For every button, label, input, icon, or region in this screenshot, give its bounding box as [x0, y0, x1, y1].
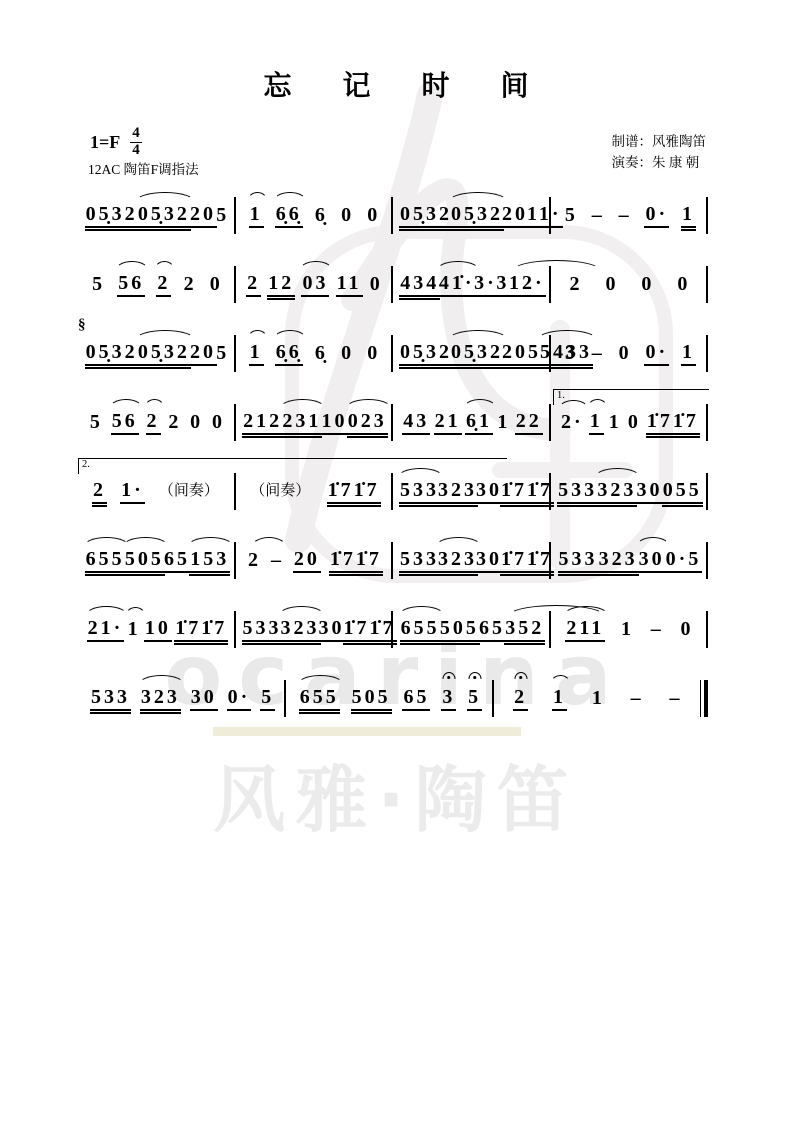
barline [706, 404, 708, 441]
note-group: 1 [552, 686, 567, 711]
watermark-brand-cjk: 风雅·陶笛 [0, 742, 792, 846]
note-group: 323 [437, 479, 478, 504]
note-group: 0 [209, 273, 224, 296]
note-group: 323 [280, 617, 321, 642]
note-group: 5 [91, 273, 106, 296]
note-group: 41̇· [438, 272, 476, 297]
note-group: 20 [293, 548, 321, 573]
volta-bracket: 1. [553, 389, 709, 405]
note-group: 30 [475, 479, 503, 504]
note-group: 1̇71̇7 [174, 617, 228, 642]
measure: （间奏）1̇71̇7 [236, 479, 392, 504]
note-group: 20 [189, 203, 217, 228]
measure: 533323300·5 [551, 548, 707, 573]
note-group: 0 [680, 618, 695, 641]
barline [706, 611, 708, 648]
time-signature-top: 4 [130, 126, 142, 143]
note-group: 505 [124, 548, 165, 573]
note-group: 0· [227, 686, 252, 711]
note-group: 11 [336, 272, 363, 297]
note-group: 5 [564, 204, 579, 227]
note-group: 0 [676, 273, 691, 296]
measure: 5––0·1 [551, 203, 707, 228]
note-group: 6̣6̣ [275, 203, 303, 228]
note-group: 0·5 [665, 548, 703, 573]
note-group: 12· [508, 272, 546, 297]
key-signature: 1=F [90, 132, 120, 153]
note-group: – [650, 618, 665, 641]
note-group: 505 [351, 686, 392, 711]
note-group: 05̣32 [399, 203, 453, 228]
note-group: 05̣32 [85, 341, 139, 366]
note-group: 533 [399, 548, 440, 573]
note-group: 1̇71̇7 [500, 479, 554, 504]
measure: 53332330055 [551, 479, 707, 504]
fermata-icon [514, 672, 527, 679]
credits: 制谱：风雅陶笛 演奏：朱 康 朝 [612, 132, 707, 174]
note-group: 1̇71̇7 [327, 479, 381, 504]
note-group: 0· [644, 203, 669, 228]
note-group: 1 [496, 411, 511, 434]
measure: 21·1101̇71̇7 [78, 617, 234, 642]
note-group: 05̣32 [399, 341, 453, 366]
note-group: 3 [564, 342, 579, 365]
note-group: 533 [90, 686, 131, 711]
barline [706, 473, 708, 510]
note-group: 1̇71̇7 [343, 617, 397, 642]
note-group: 2 [246, 272, 261, 297]
note-group: 5 [260, 686, 275, 711]
note-group: 2 [247, 549, 262, 572]
note-group: 212 [242, 410, 283, 435]
fingering-note: 12AC 陶笛F调指法 [88, 158, 199, 178]
note-group: 05̣32 [137, 341, 191, 366]
volta-label: 2. [79, 459, 507, 472]
measure: 533323301̇71̇7 [393, 548, 549, 573]
note-group: 352 [504, 617, 545, 642]
note-group: 1 [127, 618, 142, 641]
note-group: 231 [281, 410, 322, 435]
score-row: 21·1101̇71̇7533323301̇71̇765550565352211… [78, 595, 708, 664]
measure: 05̣3205̣32205 [78, 203, 234, 228]
note-group: 1 [681, 341, 696, 366]
note-group: 434 [399, 272, 440, 297]
note-group: 56 [111, 410, 139, 435]
note-group: 1 [608, 411, 623, 434]
note-group: 205 [501, 341, 542, 366]
note-group: 1 [591, 687, 606, 710]
measure: 05̣3205̣322011· [393, 203, 549, 228]
note-group: 2 [156, 272, 171, 297]
note-group: 5 [215, 342, 230, 365]
note-group: 0 [189, 411, 204, 434]
note-group: 2 [568, 273, 583, 296]
barline [706, 266, 708, 303]
note-group: 05̣32 [450, 341, 504, 366]
note-group: 30 [638, 548, 666, 573]
note-group: 30 [318, 617, 346, 642]
measure: 533323300·5 [78, 686, 284, 711]
measure: 21223110023 [236, 410, 392, 435]
note-group: 10 [321, 410, 349, 435]
note-group: 153 [189, 548, 230, 573]
note-group: 65 [478, 617, 506, 642]
score-row: 2.21·（间奏）（间奏）1̇71̇7533323301̇71̇75333233… [78, 457, 708, 526]
note-group: – [591, 342, 606, 365]
note-group: 65 [402, 686, 430, 711]
note-group: 5 [215, 204, 230, 227]
note-group: 21· [87, 617, 125, 642]
measure: 43441̇·3·312· [393, 272, 549, 297]
note-group: 6̣ [314, 204, 329, 227]
note-group: 211 [565, 617, 605, 642]
note-group: 323 [437, 548, 478, 573]
note-group: 03 [301, 272, 329, 297]
note-group: 05̣32 [137, 203, 191, 228]
note-group: – [591, 204, 606, 227]
score: 05̣3205̣3220516̣6̣6̣0005̣3205̣322011·5––… [78, 181, 708, 733]
note-group: 055 [662, 479, 703, 504]
note-group: 65 [163, 548, 191, 573]
time-signature-bottom: 4 [132, 143, 140, 159]
note-group: 0 [366, 204, 381, 227]
note-group: 1 [249, 341, 264, 366]
note-group: 3 [441, 686, 456, 711]
score-row: 05̣3205̣3220516̣6̣6̣0005̣3205̣322011·5––… [78, 181, 708, 250]
final-barline [700, 680, 708, 717]
measure: 21·（间奏） [78, 479, 234, 504]
note-group: 43 [402, 410, 430, 435]
score-row: §05̣3205̣3220516̣6̣6̣0005̣3205̣322055433… [78, 319, 708, 388]
note-group: 12 [267, 272, 295, 297]
barline [706, 197, 708, 234]
measure: 3–00·1 [551, 341, 707, 366]
score-row: 655505651532–201̇71̇7533323301̇71̇753332… [78, 526, 708, 595]
measure: 2111–0 [551, 617, 707, 642]
note-group: 05̣32 [85, 203, 139, 228]
note-group: 505 [439, 617, 480, 642]
note-group: 533 [557, 479, 598, 504]
note-group: 655 [85, 548, 126, 573]
note-group: 323 [598, 548, 639, 573]
measure: 533323301̇71̇7 [393, 479, 549, 504]
note-group: 533 [558, 548, 599, 573]
note-group: 0 [618, 342, 633, 365]
note-group: 6̣ [314, 342, 329, 365]
key-time-signature: 1=F 4 4 [90, 126, 142, 159]
note-group: 1 [249, 203, 264, 228]
measure: 05̣3205̣32205 [78, 341, 234, 366]
note-group: 0 [340, 204, 355, 227]
note-group: 1̇71̇7 [646, 410, 700, 435]
note-group: 0 [604, 273, 619, 296]
note-group: 0 [369, 273, 384, 296]
measure: 65550565153 [78, 548, 234, 573]
note-group: 1 [589, 410, 604, 435]
note-group: 2 [92, 479, 107, 504]
note-group: 533 [399, 479, 440, 504]
measure: 211–– [494, 686, 700, 711]
note-group: 10 [144, 617, 172, 642]
score-row: 533323300·56555056535211–– [78, 664, 708, 733]
note-group: 0 [627, 411, 642, 434]
note-group: – [630, 687, 645, 710]
note-group: 1 [620, 618, 635, 641]
note-group: 56 [117, 272, 145, 297]
fermata-icon [468, 672, 481, 679]
credit-performer: 演奏：朱 康 朝 [612, 153, 707, 174]
note-group: 0 [366, 342, 381, 365]
note-group: 1̇71̇7 [500, 548, 554, 573]
measure: 2·1101̇71̇7 [551, 410, 707, 435]
measure: 05̣3205̣322055433 [393, 341, 549, 366]
note-group: 21 [434, 410, 462, 435]
score-row: 1.55622002122311002343216̣11222·1101̇71̇… [78, 388, 708, 457]
note-group: 20 [189, 341, 217, 366]
note-group: 30 [475, 548, 503, 573]
note-group: – [618, 204, 633, 227]
note-group: 2 [513, 686, 528, 711]
note-group: 0 [640, 273, 655, 296]
note-group: 3· [473, 272, 498, 297]
note-group: 0 [340, 342, 355, 365]
song-title: 忘 记 时 间 [0, 64, 792, 104]
note-group: 6̣1 [465, 410, 493, 435]
time-signature: 4 4 [130, 126, 142, 159]
note-group: 0· [644, 341, 669, 366]
note-group: 1 [681, 203, 696, 228]
note-group: 1̇71̇7 [329, 548, 383, 573]
note-group: 05̣32 [450, 203, 504, 228]
note-group: 5 [467, 686, 482, 711]
credit-arranger: 制谱：风雅陶笛 [612, 132, 707, 153]
note-group: 533 [242, 617, 283, 642]
measure: 21203110 [236, 272, 392, 297]
segno-icon: § [78, 317, 86, 334]
note-group: 11· [526, 203, 563, 228]
measure: 5562200 [78, 410, 234, 435]
note-group: 323 [140, 686, 181, 711]
note-group: 1· [120, 479, 145, 504]
barline [706, 335, 708, 372]
note-group: 023 [347, 410, 388, 435]
note-group: 30 [636, 479, 664, 504]
volta-label: 1. [554, 390, 709, 403]
note-group: 2 [183, 273, 198, 296]
note-group: 323 [596, 479, 637, 504]
measure: 2–201̇71̇7 [236, 548, 392, 573]
measure: 533323301̇71̇7 [236, 617, 392, 642]
note-group: 2· [560, 411, 585, 434]
note-group: 6̣6̣ [275, 341, 303, 366]
note-group: 30 [190, 686, 218, 711]
note-group: 0 [211, 411, 226, 434]
note-group: 2 [146, 410, 161, 435]
note-group: 655 [299, 686, 340, 711]
measure: 556220 [78, 272, 234, 297]
note-group: 22 [515, 410, 543, 435]
interlude-text: （间奏） [249, 483, 311, 501]
measure: 16̣6̣6̣00 [236, 203, 392, 228]
measure: 16̣6̣6̣00 [236, 341, 392, 366]
note-group: – [270, 549, 285, 572]
note-group: – [669, 687, 684, 710]
note-group: 2 [167, 411, 182, 434]
measure: 43216̣1122 [393, 410, 549, 435]
note-group: 5 [89, 411, 104, 434]
barline [706, 542, 708, 579]
measure: 2000 [551, 273, 707, 296]
measure: 65550565352 [393, 617, 549, 642]
note-group: 655 [400, 617, 441, 642]
note-group: 20 [501, 203, 529, 228]
fermata-icon [442, 672, 455, 679]
interlude-text: （间奏） [158, 483, 220, 501]
measure: 6555056535 [286, 686, 492, 711]
score-row: 5562202120311043441̇·3·312·2000 [78, 250, 708, 319]
volta-bracket: 2. [78, 458, 507, 474]
